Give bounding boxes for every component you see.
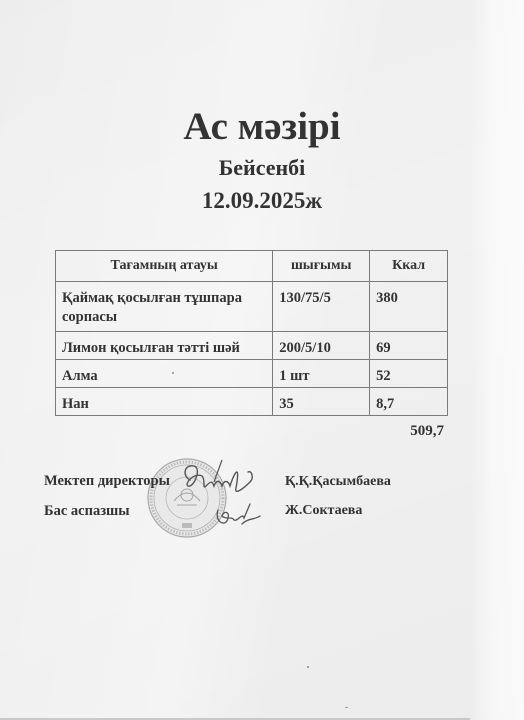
scan-speck <box>172 372 174 374</box>
dish-name: Алма <box>56 360 273 388</box>
header-dish-name: Тағамның атауы <box>56 251 273 282</box>
dish-yield: 1 шт <box>273 360 370 388</box>
dish-name: Нан <box>56 388 273 416</box>
dish-kcal: 52 <box>370 360 448 388</box>
official-round-stamp-icon <box>146 457 228 539</box>
signature-role-head-cook: Бас аспазшы <box>44 503 130 520</box>
dish-kcal: 69 <box>370 332 448 360</box>
signature-role-director: Мектеп директоры <box>44 473 170 490</box>
total-kcal: 509,7 <box>380 423 444 440</box>
dish-name: Лимон қосылған тәтті шәй <box>56 332 273 360</box>
header-kcal: Ккал <box>370 251 448 282</box>
dish-kcal: 8,7 <box>370 388 448 416</box>
day-of-week: Бейсенбі <box>0 155 524 181</box>
dish-kcal: 380 <box>370 282 448 332</box>
scan-speck <box>307 666 309 668</box>
handwritten-signature-icon <box>180 458 270 538</box>
menu-date: 12.09.2025ж <box>0 187 524 215</box>
dish-yield: 130/75/5 <box>273 282 370 332</box>
signature-name-head-cook: Ж.Соктаева <box>285 503 362 519</box>
header-yield: шығымы <box>273 251 370 282</box>
page-title: Ас мәзірі <box>0 104 524 150</box>
dish-yield: 200/5/10 <box>273 332 370 360</box>
table-row: Қаймақ қосылған тұшпара сорпасы 130/75/5… <box>56 282 448 332</box>
signature-name-director: Қ.Қ.Қасымбаева <box>285 474 391 490</box>
table-row: Алма 1 шт 52 <box>56 360 448 388</box>
menu-table: Тағамның атауы шығымы Ккал Қаймақ қосылғ… <box>55 250 448 416</box>
dish-yield: 35 <box>273 388 370 416</box>
table-row: Нан 35 8,7 <box>56 388 448 416</box>
scan-speck <box>345 707 348 708</box>
table-row: Лимон қосылған тәтті шәй 200/5/10 69 <box>56 332 448 360</box>
dish-name: Қаймақ қосылған тұшпара сорпасы <box>56 282 273 332</box>
table-header-row: Тағамның атауы шығымы Ккал <box>56 251 448 282</box>
